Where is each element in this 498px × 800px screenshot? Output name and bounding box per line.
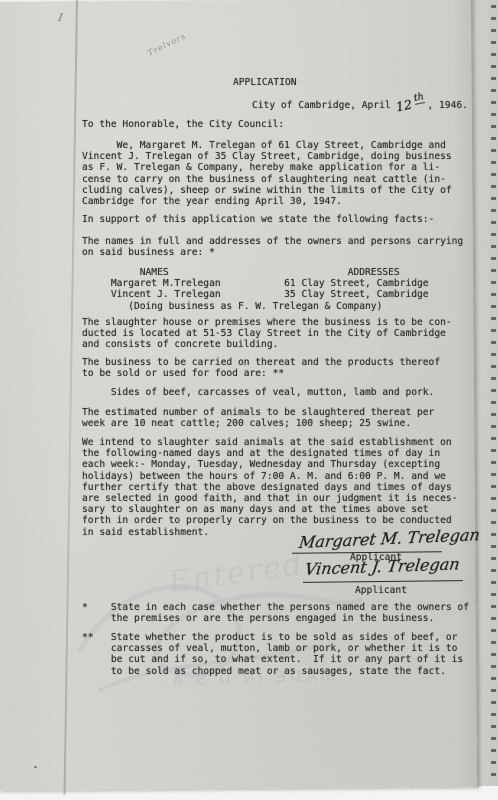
handwritten-day: 12 <box>395 99 413 113</box>
salutation: To the Honorable, the City Council: <box>82 119 284 130</box>
paragraph-names-intro: The names in full and addresses of the o… <box>82 236 463 258</box>
text-line: cluding calves), sheep or swine within t… <box>82 185 452 196</box>
text-line: The business to be carried on thereat an… <box>82 357 440 368</box>
text-line: NAMES ADDRESSES <box>82 267 429 278</box>
handwritten-ordinal: th <box>412 91 424 105</box>
signature-underline-second <box>303 580 463 583</box>
paragraph-business-products: The business to be carried on thereat an… <box>82 357 440 379</box>
text-line: to be sold as chopped meat or as sausage… <box>82 666 463 677</box>
text-line: Vincent J. Trelegan 35 Clay Street, Camb… <box>82 289 429 300</box>
text-line: In support of this application we state … <box>82 214 434 225</box>
signature-vincent-trelegan: Vincent J. Trelegan <box>304 558 460 575</box>
footnote-single-asterisk: * State in each case whether the persons… <box>82 602 469 624</box>
text-line: (Doing business as F. W. Trelegan & Comp… <box>82 301 429 312</box>
text-line: ducted is located at 51-53 Clay Street i… <box>82 328 452 339</box>
text-line: The estimated number of animals to be sl… <box>82 407 434 418</box>
text-line: holidays) between the hours of 7:00 A. M… <box>82 471 457 482</box>
paper-speck <box>34 766 37 768</box>
text-line: Vincent J. Trelegan of 35 Clay Street, C… <box>82 151 452 162</box>
date-typed-suffix: , 1946. <box>427 100 467 111</box>
text-line: forth in order to properly carry on the … <box>82 515 457 526</box>
text-line: to be sold or used for food are: ** <box>82 368 440 379</box>
text-line: are selected in good faith, and that in … <box>82 493 457 504</box>
typewritten-text-layer: APPLICATION City of Cambridge, April 12 … <box>0 0 498 800</box>
text-line: We intend to slaughter said animals at t… <box>82 437 457 448</box>
names-addresses-table: NAMES ADDRESSES Margaret M.Trelegan 61 C… <box>82 267 429 312</box>
text-line: the premises or are the persons engaged … <box>82 613 469 624</box>
text-line: be cut and if so, to what extent. If it … <box>82 654 463 665</box>
text-line: Cambridge for the year ending April 30, … <box>82 196 452 207</box>
paragraph-slaughterhouse-location: The slaughter house or premises where th… <box>82 317 452 351</box>
text-line: ** State whether the product is to be so… <box>82 632 463 643</box>
paragraph-estimated-numbers: The estimated number of animals to be sl… <box>82 407 434 429</box>
paragraph-products-list: Sides of beef, carcasses of veal, mutton… <box>82 387 434 398</box>
text-line: week are 10 neat cattle; 200 calves; 100… <box>82 418 434 429</box>
footnote-double-asterisk: ** State whether the product is to be so… <box>82 632 463 677</box>
text-line: on said business are: * <box>82 247 463 258</box>
text-line: cense to carry on the business of slaugh… <box>82 174 452 185</box>
text-line: * State in each case whether the persons… <box>82 602 469 613</box>
text-line: as F. W. Trelegan & Company, hereby make… <box>82 162 452 173</box>
signature-margaret-trelegan: Margaret M. Trelegan <box>298 529 480 548</box>
paragraph-in-support: In support of this application we state … <box>82 214 434 225</box>
paragraph-application-intro: We, Margaret M. Trelegan of 61 Clay Stre… <box>82 140 452 207</box>
text-line: The names in full and addresses of the o… <box>82 236 463 247</box>
paragraph-slaughter-days: We intend to slaughter said animals at t… <box>82 437 457 538</box>
text-line: and consists of concrete building. <box>82 339 452 350</box>
text-line: Margaret M.Trelegan 61 Clay Street, Camb… <box>82 278 429 289</box>
text-line: Sides of beef, carcasses of veal, mutton… <box>82 387 434 398</box>
text-line: sary to slaughter on as many days and at… <box>82 504 457 515</box>
text-line: We, Margaret M. Trelegan of 61 Clay Stre… <box>82 140 452 151</box>
text-line: each week:- Monday, Tuesday, Wednesday a… <box>82 459 457 470</box>
text-line: further certify that the above designate… <box>82 482 457 493</box>
date-line: City of Cambridge, April 12 th , 1946. <box>252 99 468 111</box>
document-title: APPLICATION <box>233 77 297 88</box>
text-line: carcasses of veal, mutton, lamb or pork,… <box>82 643 463 654</box>
applicant-label-second: Applicant <box>355 585 407 596</box>
text-line: The slaughter house or premises where th… <box>82 317 452 328</box>
text-line: the following-named days and at the desi… <box>82 448 457 459</box>
date-typed-prefix: City of Cambridge, April <box>252 100 391 111</box>
